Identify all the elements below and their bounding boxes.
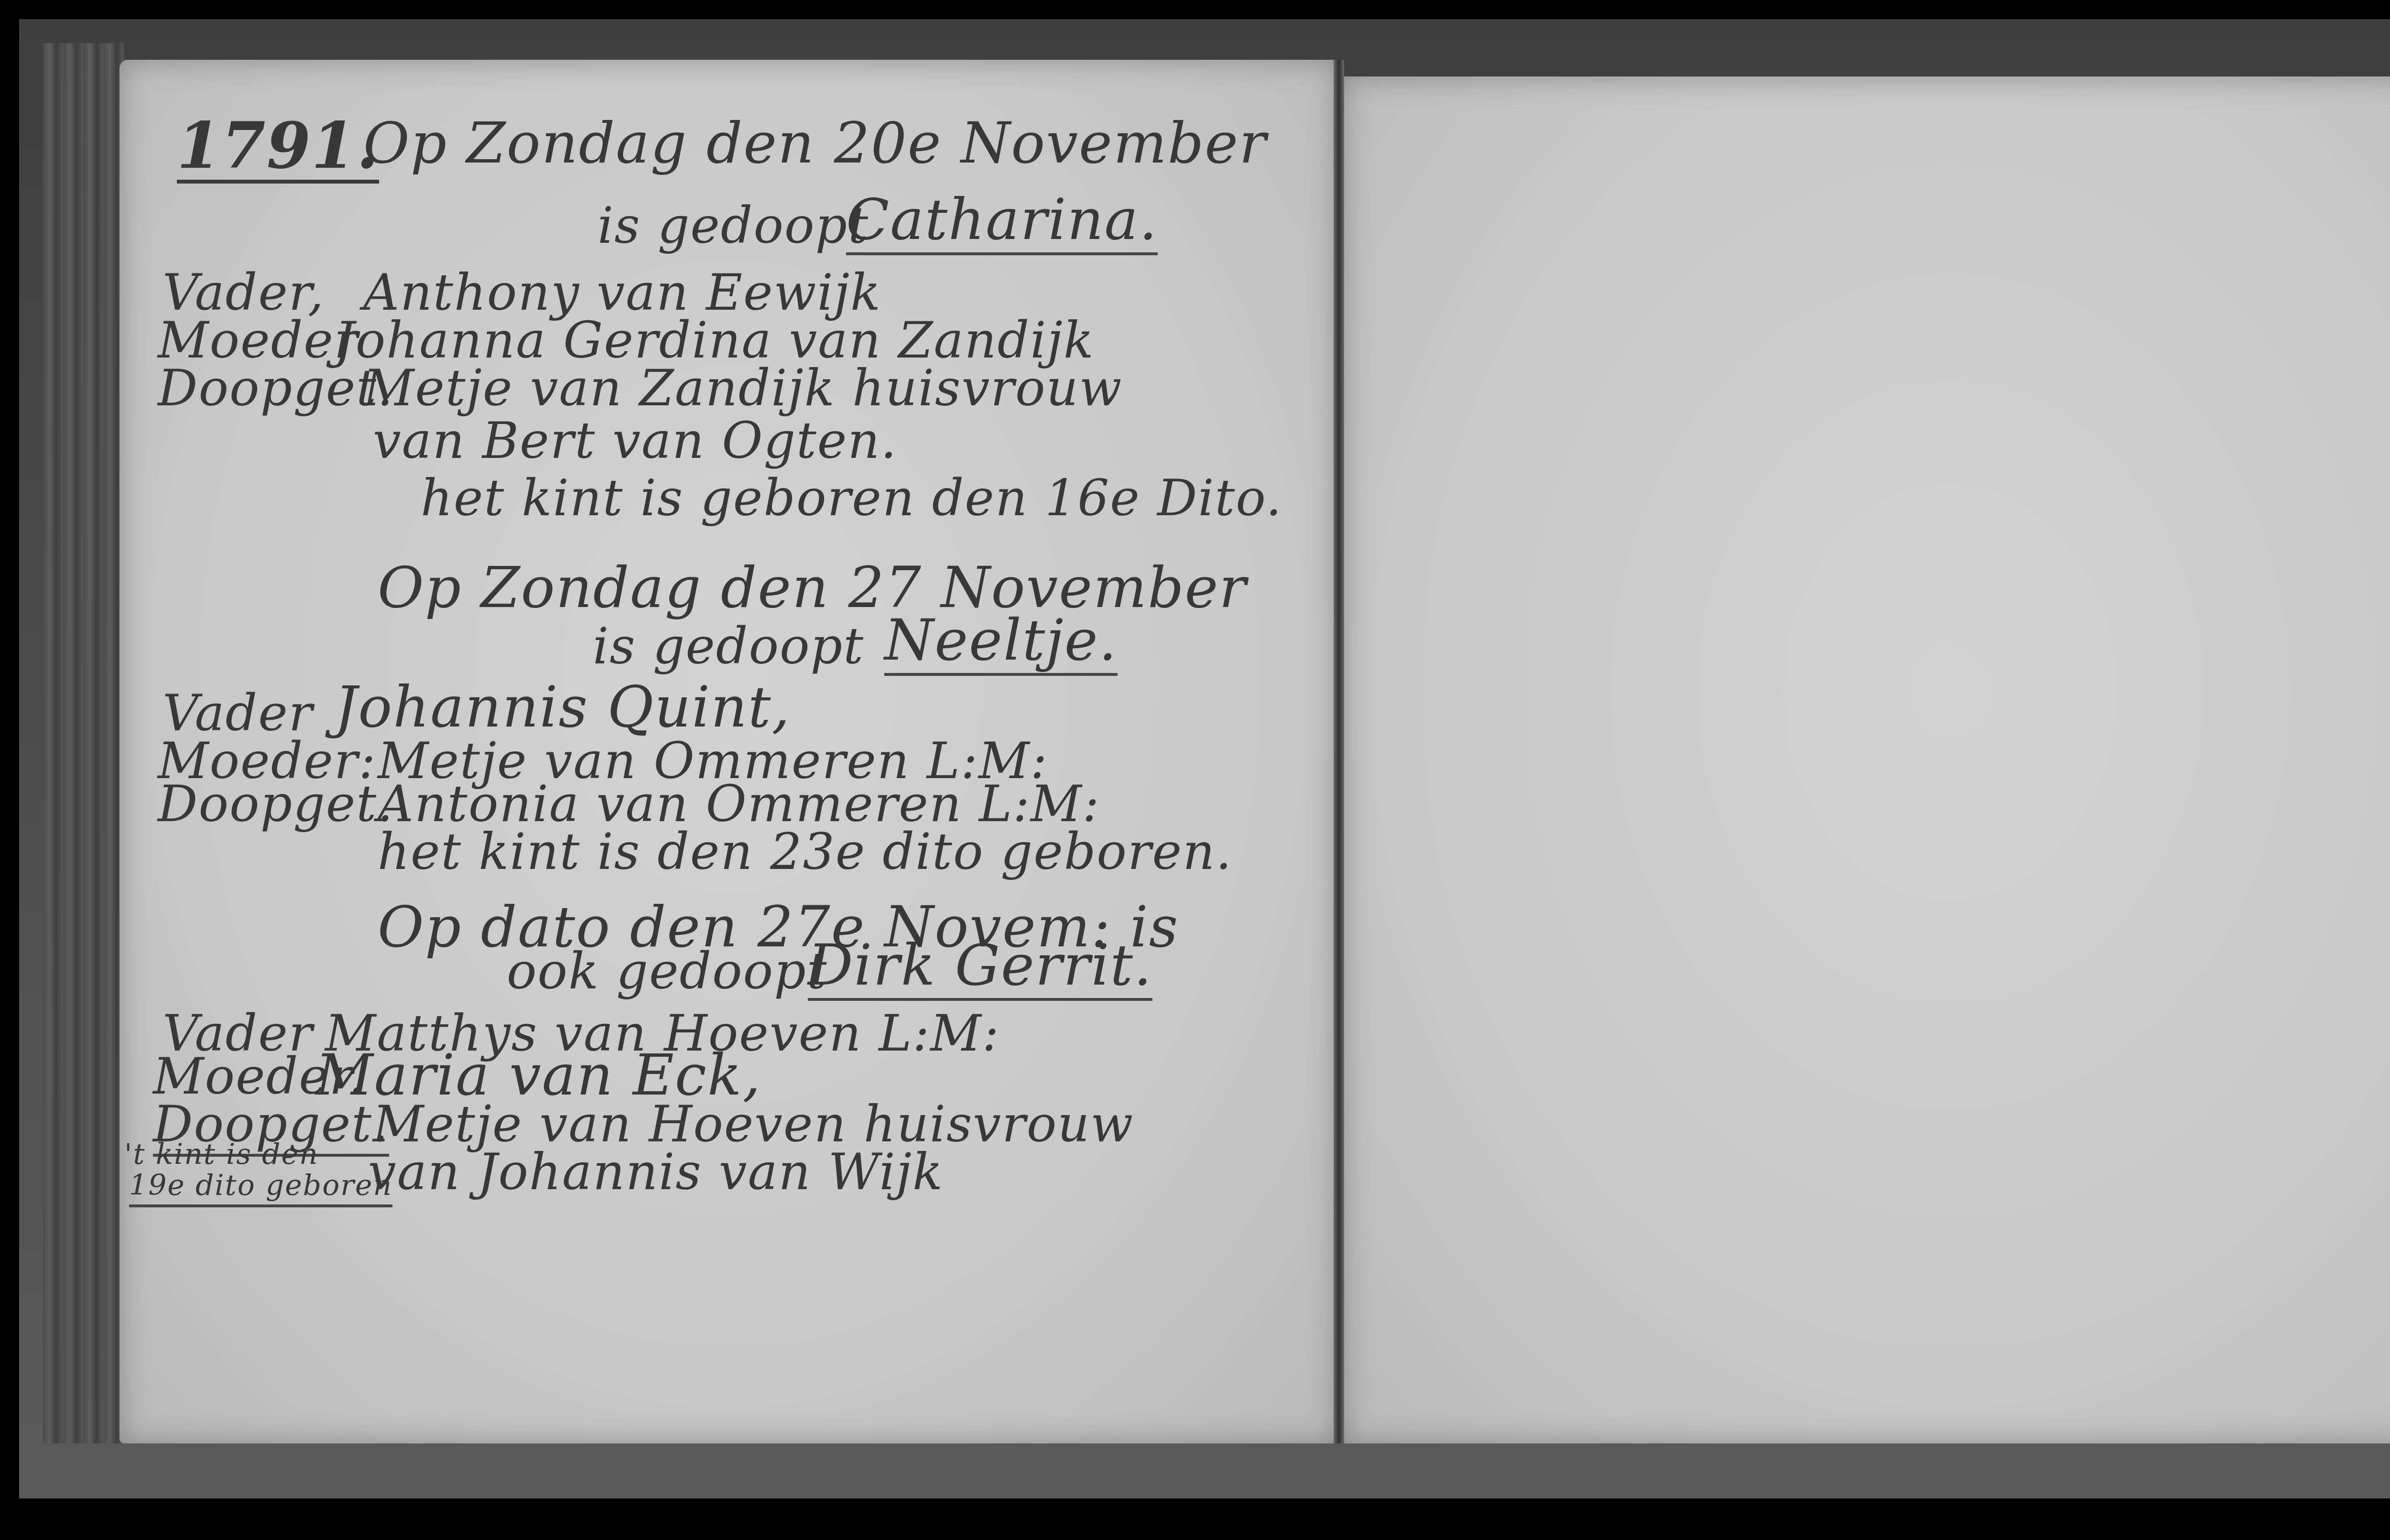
baptized-prefix: is gedoopt — [597, 201, 869, 250]
father-label: Vader, — [163, 268, 325, 317]
right-page — [1343, 76, 2390, 1443]
mother-label: Moeder — [158, 315, 358, 365]
page-stack-edges — [43, 43, 124, 1443]
birth-date-line: het kint is den 23e dito geboren. — [378, 827, 1232, 877]
baptized-prefix: ook gedoopt — [507, 946, 828, 996]
godparent-label: Doopget. — [158, 363, 394, 413]
book-gutter — [1334, 60, 1344, 1443]
child-name: Neeltje. — [884, 612, 1118, 676]
margin-note: 19e dito geboren — [129, 1171, 392, 1207]
margin-note: 't kint is den — [124, 1140, 319, 1169]
godparent-spouse: van Bert van Ogten. — [373, 416, 897, 466]
entry-year: 1791. — [177, 115, 379, 184]
godparent-name: Metje van Zandijk huisvrouw — [363, 363, 1123, 413]
godparent-name: Antonia van Ommeren L:M: — [378, 779, 1100, 829]
father-label: Vader — [163, 688, 313, 738]
godparent-name: Metje van Hoeven huisvrouw — [373, 1099, 1134, 1149]
child-name: Catharina. — [846, 191, 1158, 255]
entry-date-line: Op Zondag den 20e November — [363, 115, 1267, 171]
father-name: Anthony van Eewijk — [363, 268, 881, 317]
baptized-prefix: is gedoopt — [593, 621, 864, 671]
godparent-label: Doopget. — [158, 779, 394, 829]
mother-name: Johanna Gerdina van Zandijk — [335, 315, 1095, 365]
scanned-register-spread: 1791. Op Zondag den 20e November is gedo… — [0, 0, 2390, 1540]
father-name: Johannis Quint, — [335, 679, 791, 735]
birth-date-line: het kint is geboren den 16e Dito. — [421, 473, 1282, 523]
child-name: Dirk Gerrit. — [808, 937, 1152, 1001]
godparent-spouse: van Johannis van Wijk — [368, 1147, 944, 1197]
